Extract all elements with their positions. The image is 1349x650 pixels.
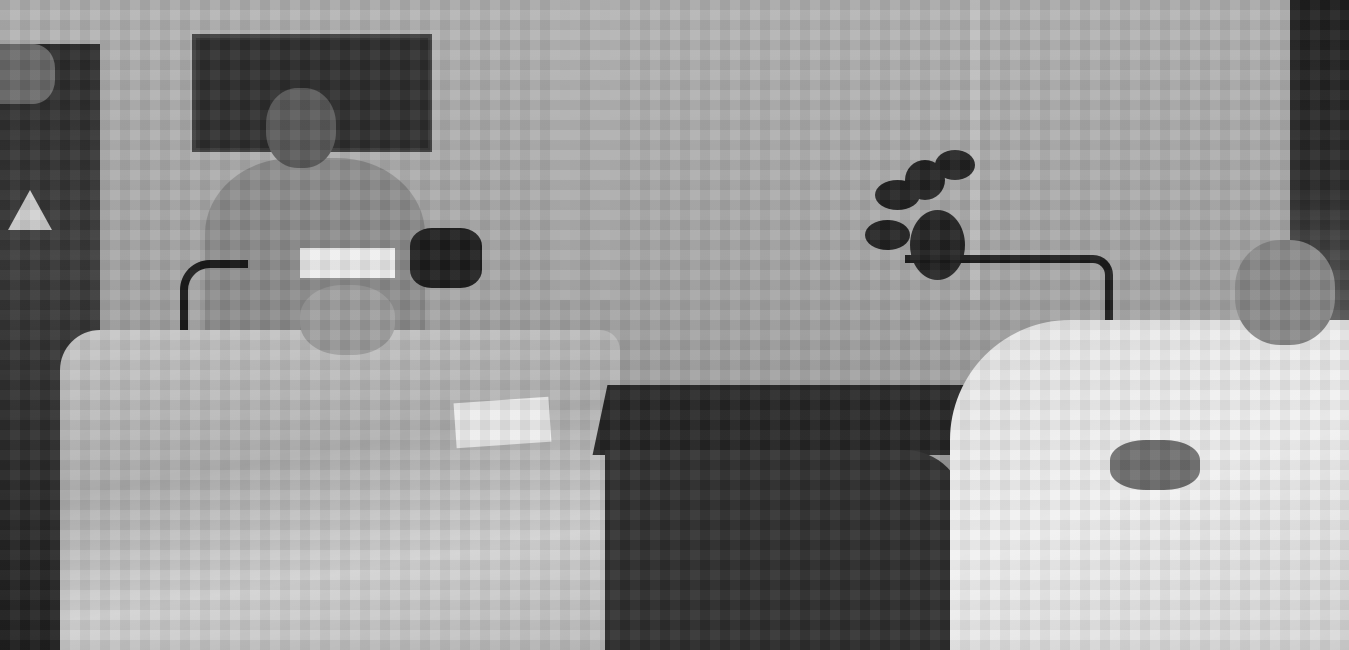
photo-scene: Pixelated black-and-white photograph of … — [0, 0, 1349, 650]
pixel-texture — [0, 0, 1349, 650]
